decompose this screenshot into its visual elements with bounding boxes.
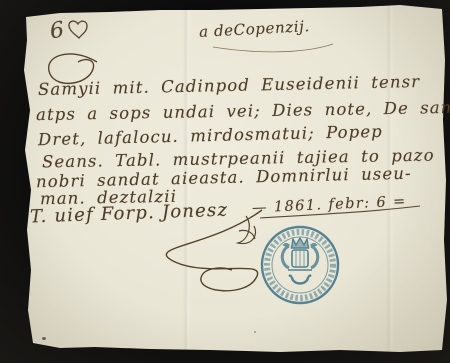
postal-seal [258,223,342,307]
seal-crown-icon [292,238,309,248]
paper-speck [254,331,256,333]
seal-post-horn-icon [289,275,311,284]
corner-number-mark: 6 [48,17,71,45]
seal-shield-hatch [296,250,304,267]
paper-speck [42,337,46,340]
postal-seal-icon [258,223,342,307]
seal-supporter-left-icon [282,245,289,269]
photo-backdrop: 6 a deCopenzij. Samyii mit. Cadinpod Eus… [0,0,450,363]
seal-supporter-right-icon [311,245,318,269]
